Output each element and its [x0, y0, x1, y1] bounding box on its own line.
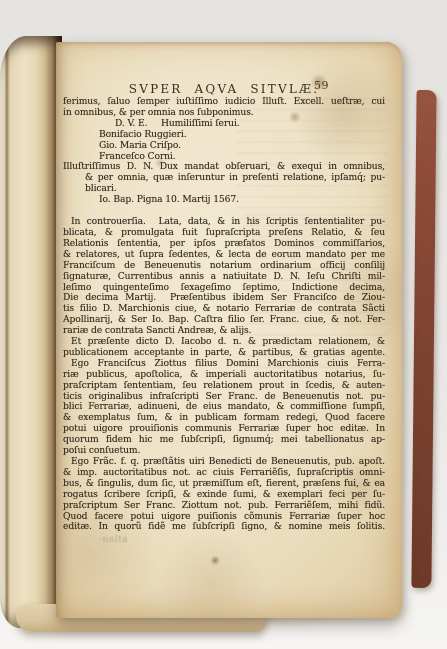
left-page-block-edge	[0, 36, 62, 628]
running-header: SVPER AQVA SITVLÆ. 59	[63, 78, 385, 94]
book-page: SVPER AQVA SITVLÆ. 59 ferimus, ſaluo ſem…	[56, 42, 402, 618]
printed-content: SVPER AQVA SITVLÆ. 59 ferimus, ſaluo ſem…	[63, 78, 385, 545]
text-lines: ferimus, ſaluo ſemper iuſtiſſimo iudicio…	[63, 97, 385, 533]
text-line: editæ. In quorũ fidẽ me ſubſcripſi ſigno…	[63, 522, 385, 533]
text-line: Gio. Maria Criſpo.	[63, 141, 385, 152]
text-line: Franciſcum de Beneuenutis notarium ordin…	[63, 261, 385, 272]
text-line: praſcriptam ſententiam, ſeu relationem p…	[63, 381, 385, 392]
text-line: praſcriptum Ser Franc. Ziottum not. pub.…	[63, 501, 385, 512]
show-through-text: -nolta	[63, 535, 385, 545]
text-line: Io. Bap. Pigna 10. Martij 1567.	[63, 195, 385, 206]
text-line: ſignaturæ, Currentibus annis a natiuitat…	[63, 272, 385, 283]
page-title: SVPER AQVA SITVLÆ.	[129, 82, 319, 96]
photo-backdrop: SVPER AQVA SITVLÆ. 59 ferimus, ſaluo ſem…	[0, 0, 447, 649]
text-line: rogatus ſcribere ſcripſi, & exinde ſumi,…	[63, 490, 385, 501]
page-number: 59	[314, 79, 329, 92]
text-line: Bonifacio Ruggieri.	[63, 130, 385, 141]
book-cover-edge	[411, 90, 436, 588]
